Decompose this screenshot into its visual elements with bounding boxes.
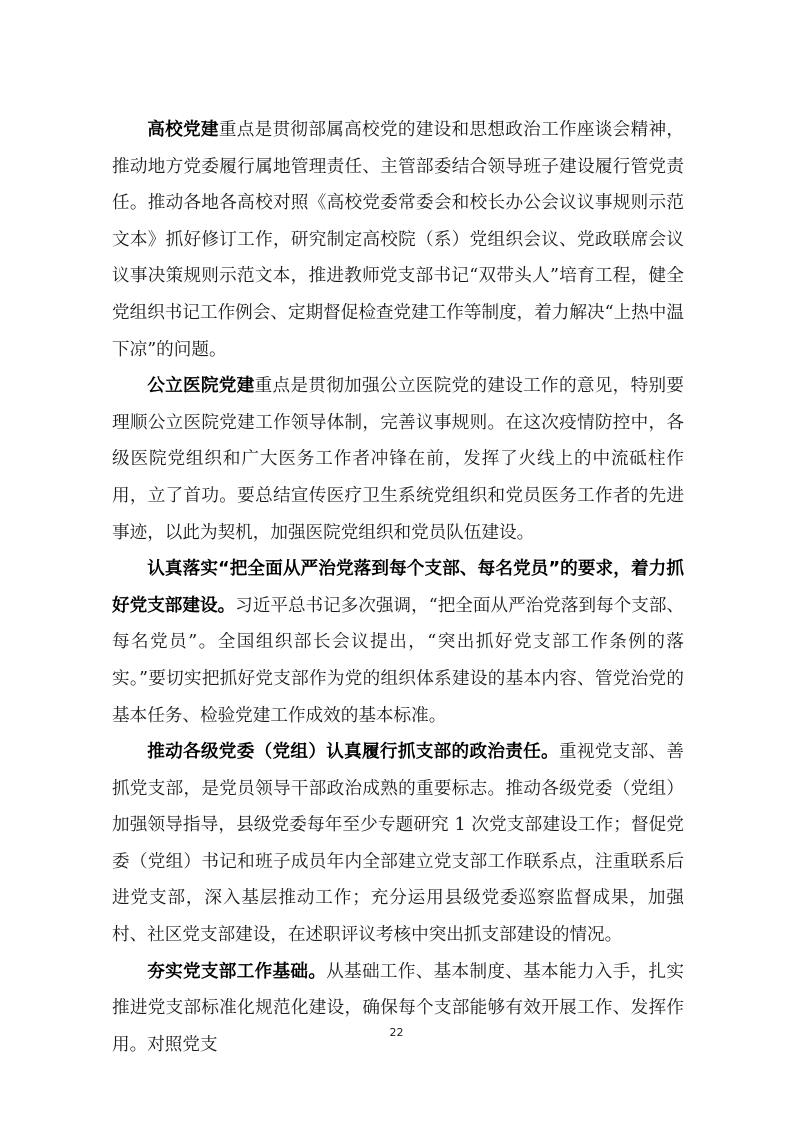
paragraph-body: 重点是贯彻加强公立医院党的建设工作的意见，特别要理顺公立医院党建工作领导体制，完…: [112, 376, 684, 542]
page-number: 22: [0, 1026, 793, 1039]
paragraph-branch-building: 认真落实“把全面从严治党落到每个支部、每名党员”的要求，着力抓好党支部建设。习近…: [112, 551, 684, 734]
paragraph-lead: 公立医院党建: [147, 376, 254, 396]
document-page: 高校党建重点是贯彻部属高校党的建设和思想政治工作座谈会精神，推动地方党委履行属地…: [112, 112, 684, 1063]
paragraph-branch-foundation: 夯实党支部工作基础。从基础工作、基本制度、基本能力入手，扎实推进党支部标准化规范…: [112, 954, 684, 1064]
paragraph-lead: 夯实党支部工作基础。: [147, 962, 326, 982]
paragraph-lead: 高校党建: [147, 120, 219, 140]
paragraph-university-party-building: 高校党建重点是贯彻部属高校党的建设和思想政治工作座谈会精神，推动地方党委履行属地…: [112, 112, 684, 368]
paragraph-political-responsibility: 推动各级党委（党组）认真履行抓支部的政治责任。重视党支部、善抓党支部，是党员领导…: [112, 734, 684, 954]
paragraph-body: 重点是贯彻部属高校党的建设和思想政治工作座谈会精神，推动地方党委履行属地管理责任…: [112, 120, 684, 360]
paragraph-body: 重视党支部、善抓党支部，是党员领导干部政治成熟的重要标志。推动各级党委（党组）加…: [112, 742, 684, 945]
paragraph-lead: 推动各级党委（党组）认真履行抓支部的政治责任。: [147, 742, 559, 762]
paragraph-public-hospital-party-building: 公立医院党建重点是贯彻加强公立医院党的建设工作的意见，特别要理顺公立医院党建工作…: [112, 368, 684, 551]
